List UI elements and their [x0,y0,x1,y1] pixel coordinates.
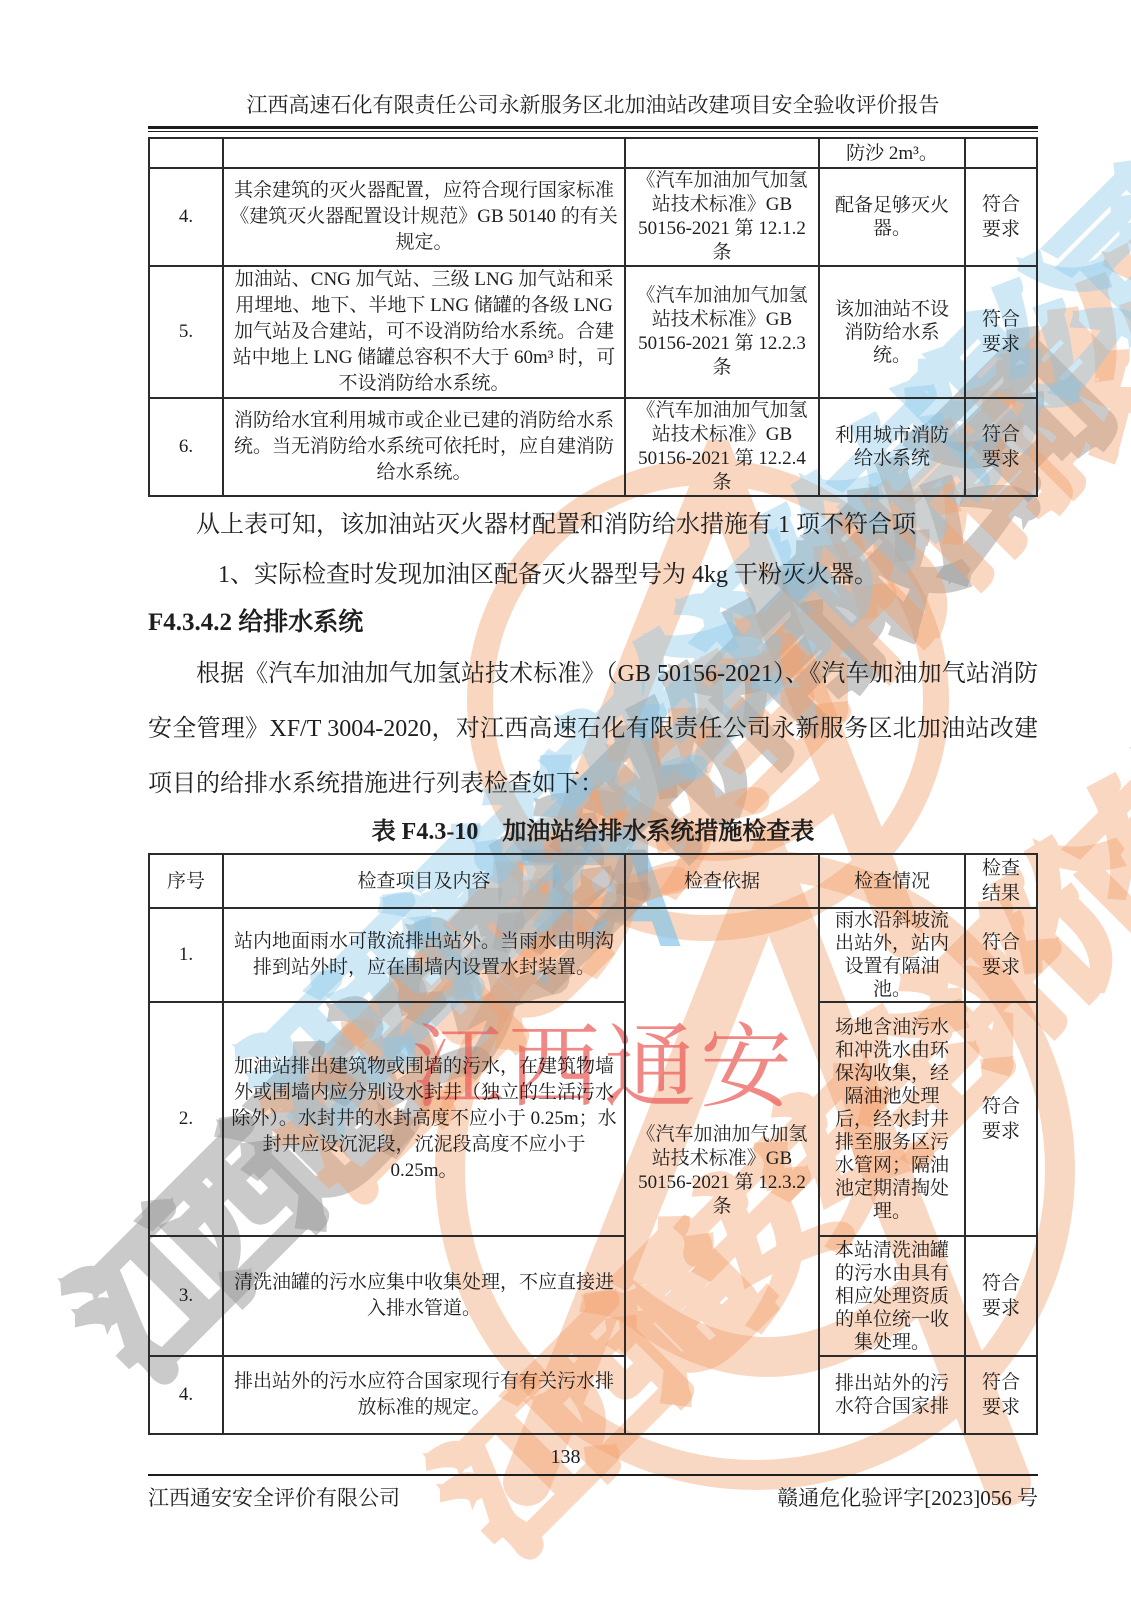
table-cell: 符合要求 [965,1356,1037,1434]
table-cell: 《汽车加油加气加氢站技术标准》GB 50156-2021 第 12.2.3 条 [625,266,819,398]
table-cell: 该加油站不设消防给水系统。 [819,266,965,398]
table-cell: 1. [149,908,223,1002]
table-cell: 符合要求 [965,908,1037,1002]
section-heading: F4.3.4.2 给排水系统 [148,605,1038,641]
report-page: TA 江西通安安全评价有限公司 江西通安安全评价有限公司 江西通安安全评价有限公… [0,0,1131,1600]
table-cell: 符合要求 [965,1002,1037,1236]
column-header: 检查结果 [965,854,1037,908]
table-cell: 其余建筑的灭火器配置，应符合现行国家标准《建筑灭火器配置设计规范》GB 5014… [223,168,625,266]
table-cell: 配备足够灭火器。 [819,168,965,266]
report-header-title: 江西高速石化有限责任公司永新服务区北加油站改建项目安全验收评价报告 [148,92,1038,118]
page-footer: 江西通安安全评价有限公司 赣通危化验评字[2023]056 号 [148,1482,1038,1512]
footer-document-number: 赣通危化验评字[2023]056 号 [777,1482,1038,1512]
table-cell: 《汽车加油加气加氢站技术标准》GB 50156-2021 第 12.2.4 条 [625,398,819,496]
table-cell: 加油站、CNG 加气站、三级 LNG 加气站和采用埋地、地下、半地下 LNG 储… [223,266,625,398]
table-cell: 站内地面雨水可散流排出站外。当雨水由明沟排到站外时，应在围墙内设置水封装置。 [223,908,625,1002]
table-row: 4. 其余建筑的灭火器配置，应符合现行国家标准《建筑灭火器配置设计规范》GB 5… [149,168,1037,266]
header-rule [148,126,1038,132]
table-header-row: 序号 检查项目及内容 检查依据 检查情况 检查结果 [149,854,1037,908]
table-cell: 符合要求 [965,1236,1037,1356]
table-cell: 利用城市消防给水系统 [819,398,965,496]
table-cell: 清洗油罐的污水应集中收集处理，不应直接进入排水管道。 [223,1236,625,1356]
drainage-check-table: 序号 检查项目及内容 检查依据 检查情况 检查结果 1. 站内地面雨水可散流排出… [148,853,1038,1435]
table-caption: 表 F4.3-10 加油站给排水系统措施检查表 [148,816,1038,848]
table-row-carryover: 防沙 2m³。 [149,138,1037,168]
table-cell: 消防给水宜利用城市或企业已建的消防给水系统。当无消防给水系统可依托时，应自建消防… [223,398,625,496]
table-cell [223,138,625,168]
table-cell: 加油站排出建筑物或围墙的污水，在建筑物墙外或围墙内应分别设水封井（独立的生活污水… [223,1002,625,1236]
table-cell: 符合要求 [965,168,1037,266]
table-cell: 《汽车加油加气加氢站技术标准》GB 50156-2021 第 12.1.2 条 [625,168,819,266]
table-cell: 6. [149,398,223,496]
column-header: 检查情况 [819,854,965,908]
table-cell: 4. [149,168,223,266]
table-cell: 雨水沿斜坡流出站外，站内设置有隔油池。 [819,908,965,1002]
basis-paragraph: 根据《汽车加油加气加氢站技术标准》（GB 50156-2021）、《汽车加油加气… [148,647,1038,812]
table-cell [965,138,1037,168]
table-cell: 4. [149,1356,223,1434]
table-cell [149,138,223,168]
page-content: 江西高速石化有限责任公司永新服务区北加油站改建项目安全验收评价报告 防沙 2m³… [148,0,1038,1435]
page-number: 138 [0,1446,1131,1469]
table-row: 3. 清洗油罐的污水应集中收集处理，不应直接进入排水管道。 本站清洗油罐的污水由… [149,1236,1037,1356]
conclusion-paragraph: 从上表可知，该加油站灭火器材配置和消防给水措施有 1 项不符合项 [148,507,1038,543]
table-row: 4. 排出站外的污水应符合国家现行有有关污水排放标准的规定。 排出站外的污水符合… [149,1356,1037,1434]
table-cell [625,138,819,168]
nonconformity-item-paragraph: 1、实际检查时发现加油区配备灭火器型号为 4kg 干粉灭火器。 [148,557,1038,593]
merged-basis-cell: 《汽车加油加气加氢站技术标准》GB 50156-2021 第 12.3.2 条 [625,908,819,1434]
table-row: 5. 加油站、CNG 加气站、三级 LNG 加气站和采用埋地、地下、半地下 LN… [149,266,1037,398]
table-cell: 排出站外的污水应符合国家现行有有关污水排放标准的规定。 [223,1356,625,1434]
table-row: 6. 消防给水宜利用城市或企业已建的消防给水系统。当无消防给水系统可依托时，应自… [149,398,1037,496]
column-header: 检查依据 [625,854,819,908]
table-cell: 符合要求 [965,266,1037,398]
fire-protection-check-table: 防沙 2m³。 4. 其余建筑的灭火器配置，应符合现行国家标准《建筑灭火器配置设… [148,137,1038,497]
table-cell: 2. [149,1002,223,1236]
table-row: 1. 站内地面雨水可散流排出站外。当雨水由明沟排到站外时，应在围墙内设置水封装置… [149,908,1037,1002]
footer-rule [148,1474,1038,1476]
table-cell: 本站清洗油罐的污水由具有相应处理资质的单位统一收集处理。 [819,1236,965,1356]
column-header: 检查项目及内容 [223,854,625,908]
table-cell: 5. [149,266,223,398]
table-cell: 场地含油污水和冲洗水由环保沟收集，经隔油池处理后，经水封井排至服务区污水管网；隔… [819,1002,965,1236]
table-cell: 防沙 2m³。 [819,138,965,168]
footer-company-name: 江西通安安全评价有限公司 [148,1482,400,1512]
table-cell: 排出站外的污水符合国家排 [819,1356,965,1434]
table-cell: 符合要求 [965,398,1037,496]
table-cell: 3. [149,1236,223,1356]
column-header: 序号 [149,854,223,908]
table-row: 2. 加油站排出建筑物或围墙的污水，在建筑物墙外或围墙内应分别设水封井（独立的生… [149,1002,1037,1236]
